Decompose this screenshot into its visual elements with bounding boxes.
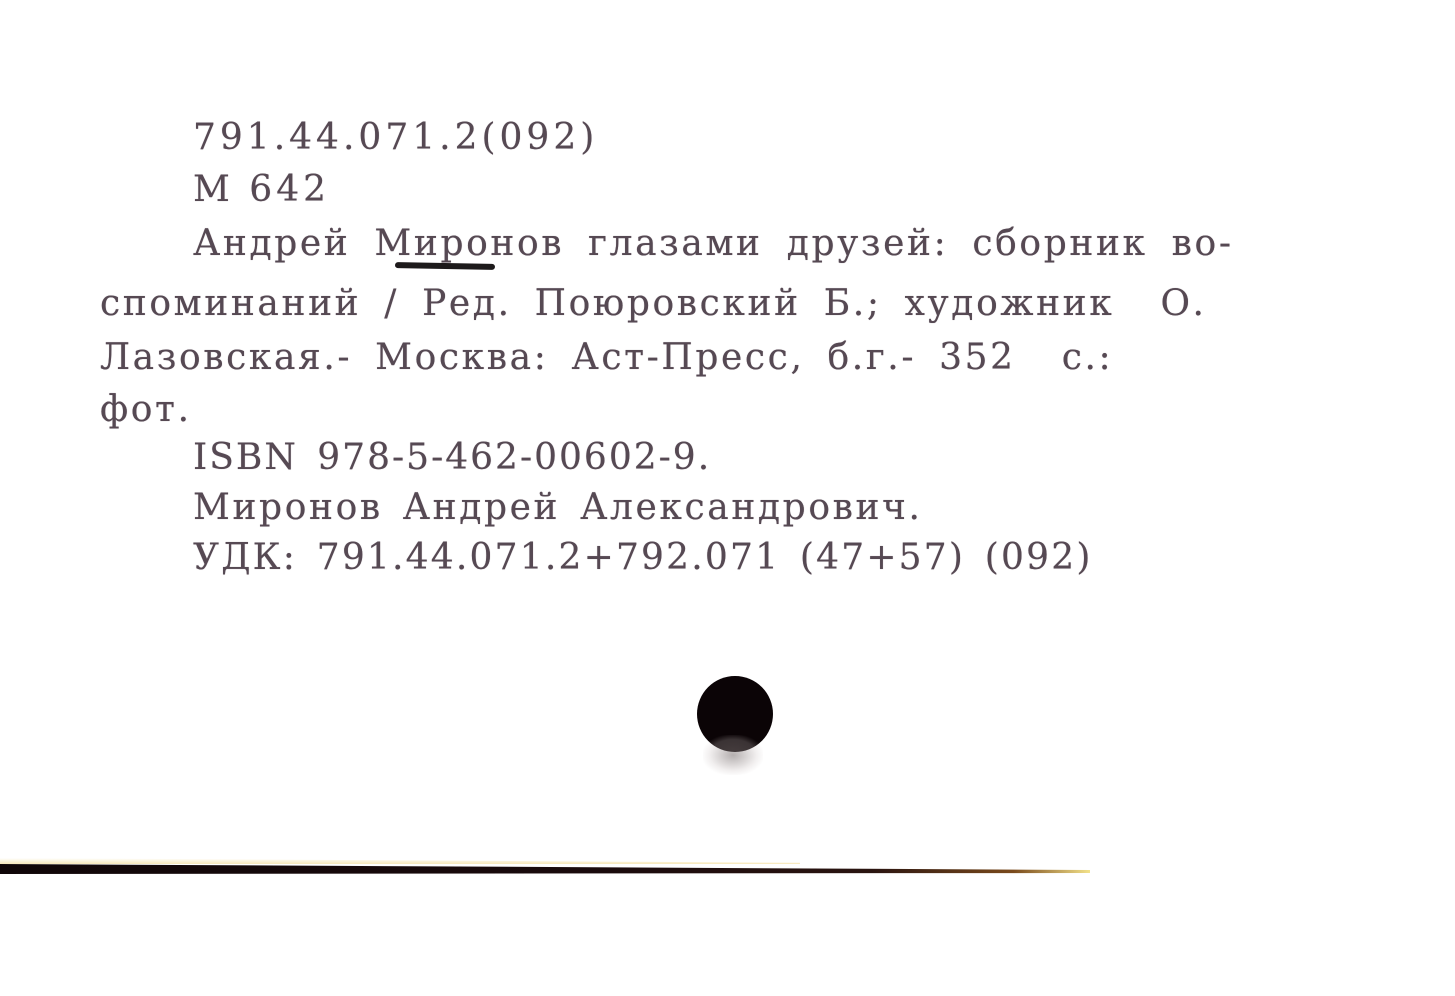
description-line-1: Андрей Миронов глазами друзей: сборник в… bbox=[193, 226, 1234, 262]
isbn: ISBN 978-5-462-00602-9. bbox=[193, 440, 711, 476]
description-line-4: фот. bbox=[100, 392, 192, 428]
subject-heading: Миронов Андрей Александрович. bbox=[193, 490, 923, 526]
classification-number: 791.44.071.2(092) bbox=[193, 120, 598, 156]
catalog-card: 791.44.071.2(092) M 642 Андрей Миронов г… bbox=[0, 0, 1455, 870]
description-line-2: споминаний / Ред. Поюровский Б.; художни… bbox=[100, 286, 1207, 322]
description-line-3: Лазовская.- Москва: Аст-Пресс, б.г.- 352… bbox=[100, 340, 1113, 376]
udc-classification: УДК: 791.44.071.2+792.071 (47+57) (092) bbox=[193, 540, 1093, 576]
punch-hole-tear bbox=[703, 735, 763, 775]
author-mark: M 642 bbox=[193, 172, 330, 208]
handwritten-underline-mark bbox=[395, 262, 495, 270]
